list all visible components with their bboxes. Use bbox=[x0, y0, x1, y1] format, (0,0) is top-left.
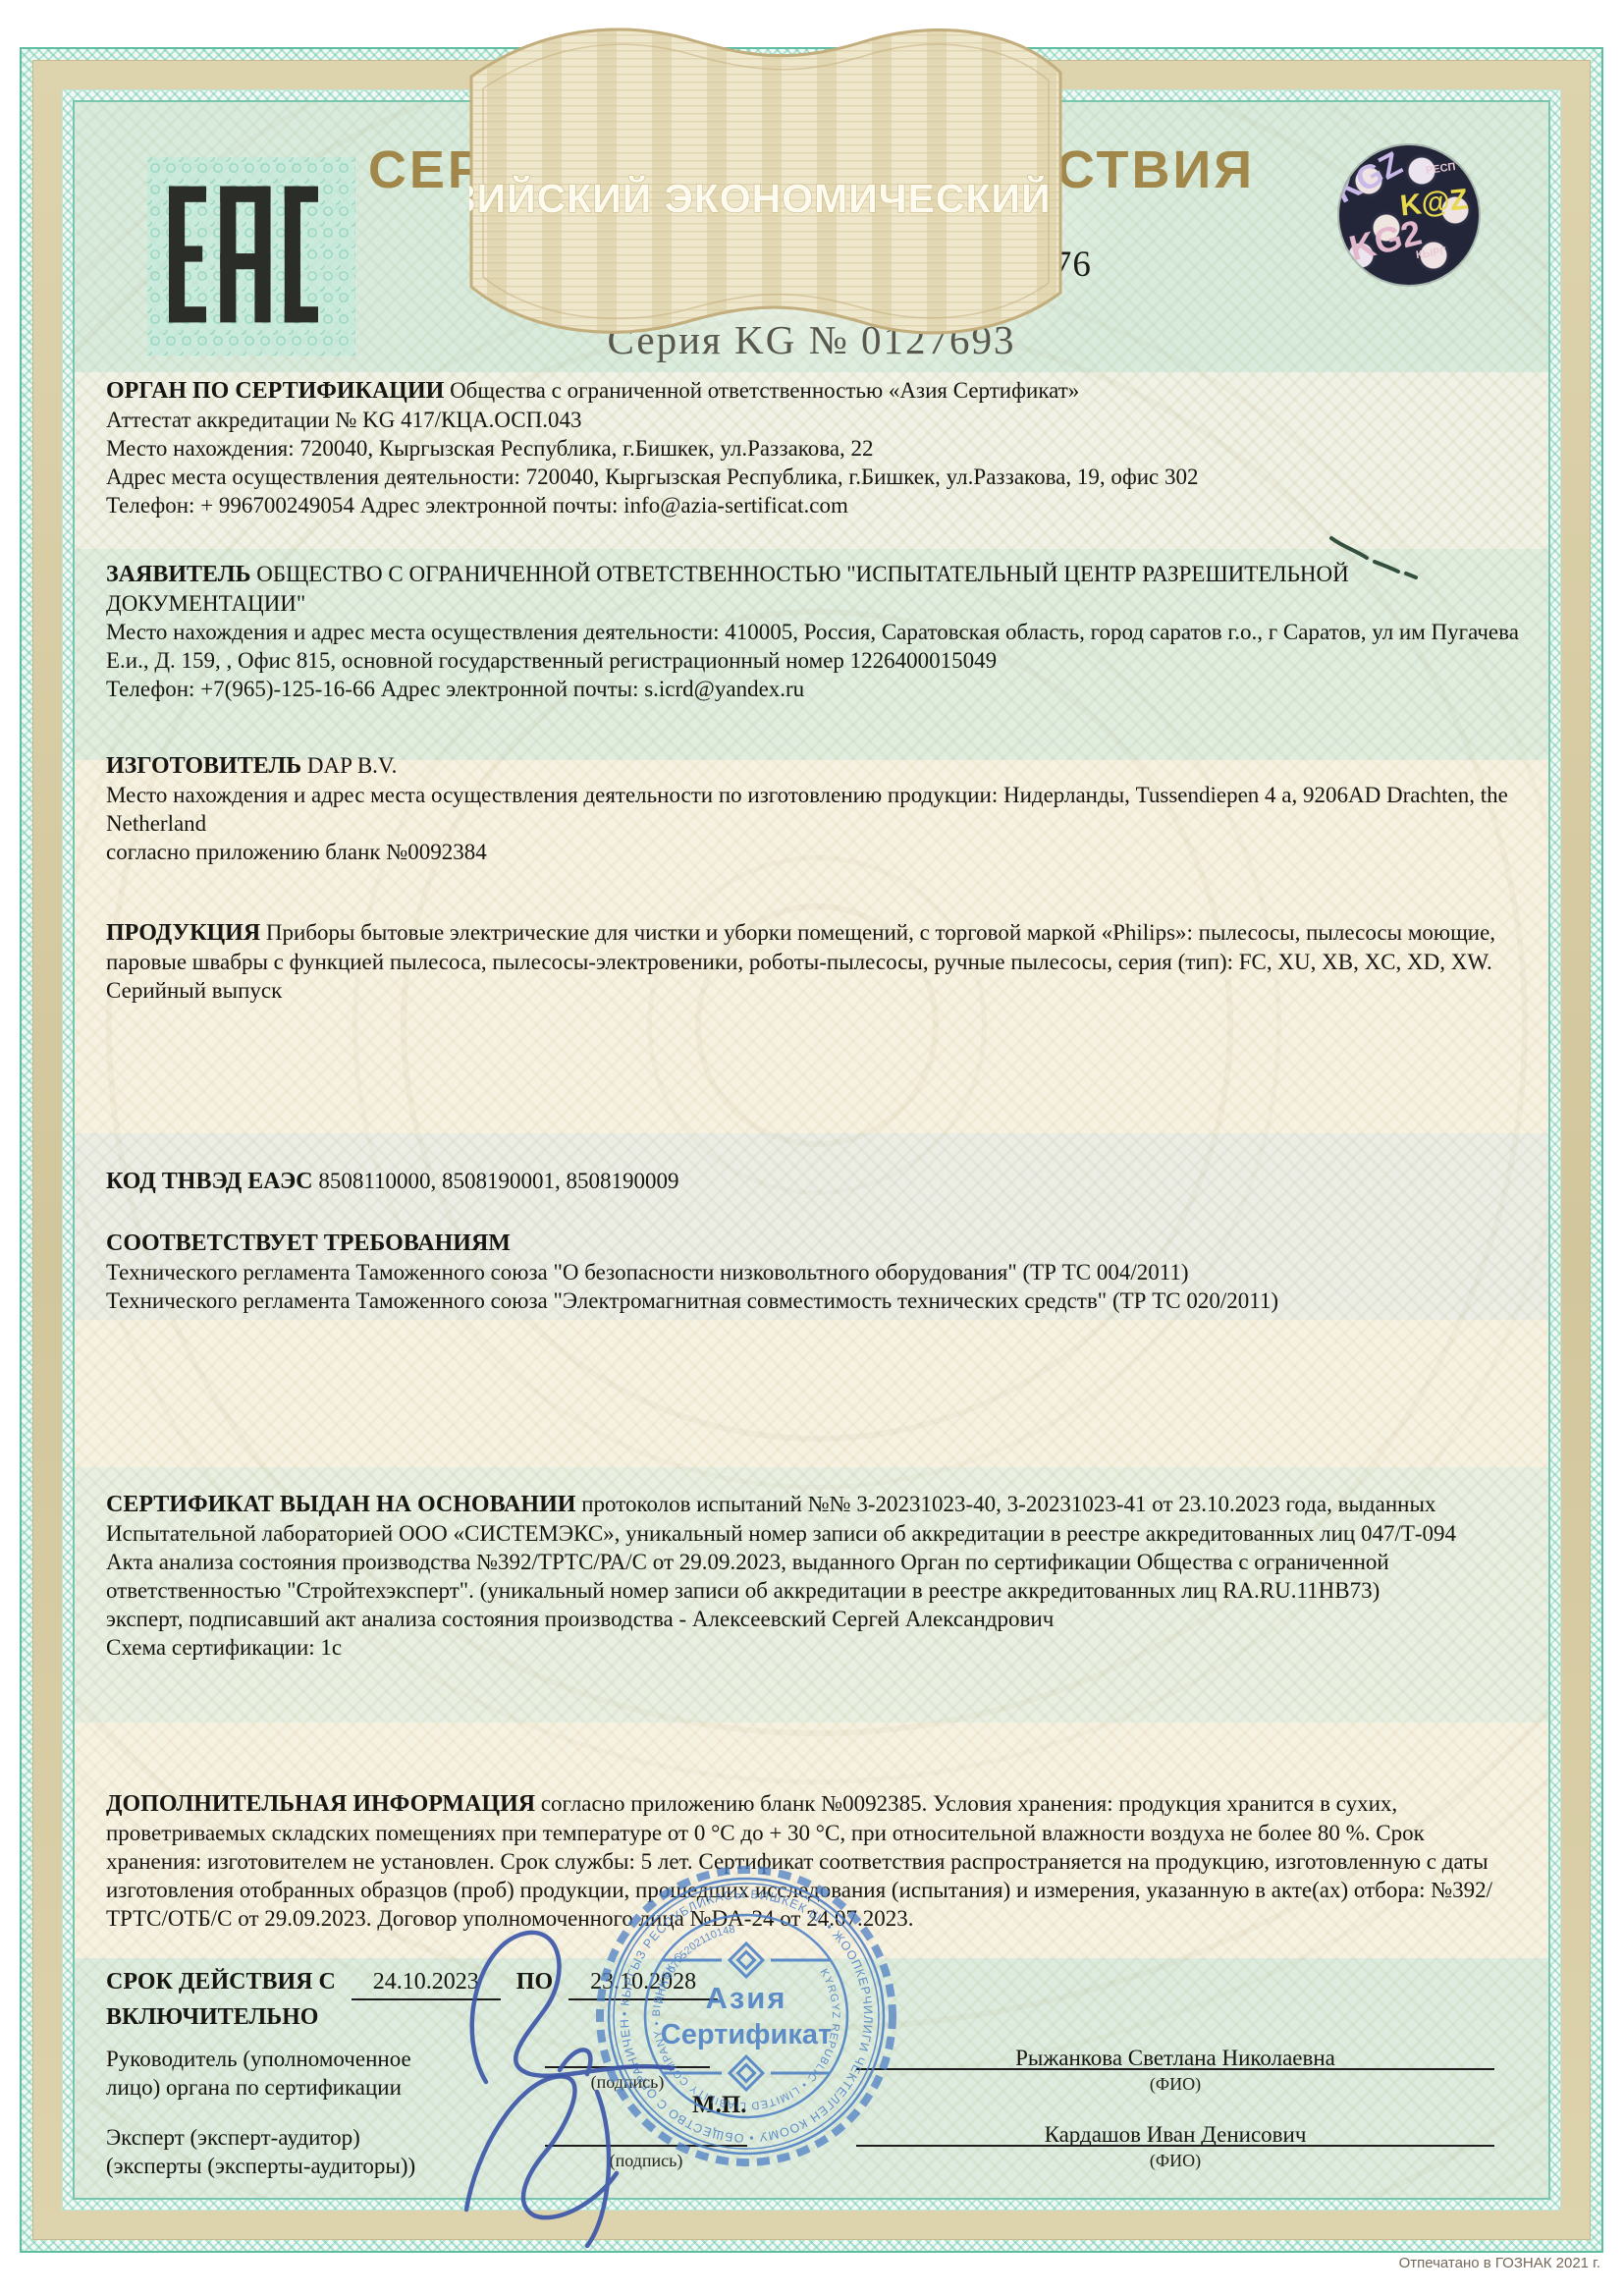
section-products: ПРОДУКЦИЯ Приборы бытовые электрические … bbox=[106, 918, 1525, 1005]
hologram-text: РЕСП bbox=[1425, 161, 1456, 177]
certificate-page: СЕРТИФИКАТ СООТВЕТСТВИЯ № ЕАЭС KG 417/04… bbox=[0, 0, 1624, 2296]
hologram-text: KG2 bbox=[1345, 212, 1426, 270]
section-label: КОД ТНВЭД ЕАЭС bbox=[106, 1169, 313, 1194]
round-stamp: • КЫРГЫЗ РЕСПУБЛИКАСЫ БИШКЕК Ш. • ЖООПКЕ… bbox=[589, 1859, 903, 2173]
section-manufacturer: ИЗГОТОВИТЕЛЬ DAP B.V. Место нахождения и… bbox=[106, 751, 1525, 866]
certificate-body: СЕРТИФИКАТ СООТВЕТСТВИЯ № ЕАЭС KG 417/04… bbox=[73, 100, 1550, 2200]
section-label: ДОПОЛНИТЕЛЬНАЯ ИНФОРМАЦИЯ bbox=[106, 1791, 535, 1817]
eaeu-banner: ЕВРАЗИЙСКИЙ ЭКОНОМИЧЕСКИЙ СОЮЗ bbox=[469, 16, 1062, 346]
section-label: ПРОДУКЦИЯ bbox=[106, 920, 260, 946]
section-issued-basis: СЕРТИФИКАТ ВЫДАН НА ОСНОВАНИИ протоколов… bbox=[106, 1490, 1525, 1662]
section-label: СЕРТИФИКАТ ВЫДАН НА ОСНОВАНИИ bbox=[106, 1492, 575, 1517]
signature-role-head: Руководитель (уполномоченное лицо) орган… bbox=[106, 2045, 518, 2102]
validity-po: ПО bbox=[516, 1969, 553, 1995]
printed-note: Отпечатано в ГОЗНАК 2021 г. bbox=[1399, 2255, 1600, 2271]
certificate: СЕРТИФИКАТ СООТВЕТСТВИЯ № ЕАЭС KG 417/04… bbox=[20, 47, 1603, 2253]
section-certification-body: ОРГАН ПО СЕРТИФИКАЦИИ Общества с огранич… bbox=[106, 376, 1525, 519]
fio-caption: (ФИО) bbox=[856, 2074, 1494, 2095]
validity-date-from: 24.10.2023 bbox=[352, 1965, 501, 2000]
stamp-center-line1: Азия bbox=[706, 1981, 787, 2015]
section-applicant: ЗАЯВИТЕЛЬ ОБЩЕСТВО С ОГРАНИЧЕННОЙ ОТВЕТС… bbox=[106, 560, 1525, 703]
banner-text: ЕВРАЗИЙСКИЙ ЭКОНОМИЧЕСКИЙ СОЮЗ bbox=[469, 176, 1062, 221]
pen-mark bbox=[1326, 530, 1424, 581]
fio-line bbox=[856, 2127, 1494, 2147]
section-label: ИЗГОТОВИТЕЛЬ bbox=[106, 753, 301, 779]
stamp-center-line2: Сертификат bbox=[661, 2019, 832, 2050]
validity-label: СРОК ДЕЙСТВИЯ С bbox=[106, 1969, 336, 1995]
section-label: ОРГАН ПО СЕРТИФИКАЦИИ bbox=[106, 378, 444, 404]
section-tnved-code: КОД ТНВЭД ЕАЭС 8508110000, 8508190001, 8… bbox=[106, 1167, 1525, 1196]
section-label: ЗАЯВИТЕЛЬ bbox=[106, 562, 250, 587]
fio-line bbox=[856, 2050, 1494, 2070]
signature-role-expert: Эксперт (эксперт-аудитор) (эксперты (экс… bbox=[106, 2123, 518, 2180]
hologram-sticker: KGZ K@Z KG2 КЫРГ РЕСП bbox=[1339, 145, 1479, 285]
section-label: СООТВЕТСТВУЕТ ТРЕБОВАНИЯМ bbox=[106, 1230, 1525, 1258]
fio-caption: (ФИО) bbox=[856, 2151, 1494, 2171]
section-requirements: СООТВЕТСТВУЕТ ТРЕБОВАНИЯМ Технического р… bbox=[106, 1230, 1525, 1315]
